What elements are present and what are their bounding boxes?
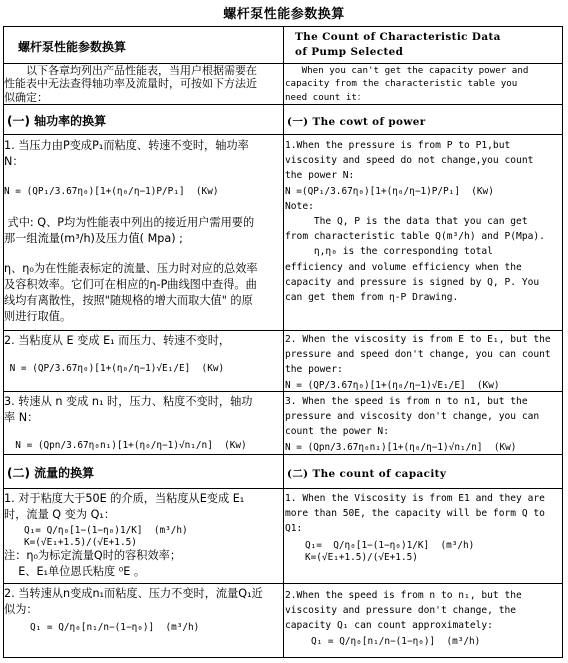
section1-item2-left: 2. 当粘度从 E 变成 E₁ 而压力、转速不变时， N = (QP/3.67η… — [4, 331, 284, 391]
section1-item3-row: 3. 转速从 n 变成 n₁ 时，压力、粘度不变时，轴功 率 N： N = (Q… — [4, 392, 562, 455]
section2-right-title: (二) The count of capacity — [287, 465, 446, 480]
header-right-title: The Count of Characteristic Data of Pump… — [295, 30, 501, 60]
section1-item3-right: 3. When the speed is from n to n1, but t… — [284, 392, 562, 454]
section1-item1-right: 1.When the pressure is from P to P1,but … — [284, 135, 562, 330]
section2-title-row: (二) 流量的换算 (二) The count of capacity — [4, 455, 562, 489]
header-left-title: 螺杆泵性能参数换算 — [18, 38, 126, 55]
section2-item1-row: 1. 对于粘度大于50E 的介质，当粘度从E变成 E₁ 时，流量 Q 变为 Q₁… — [4, 489, 562, 584]
conversion-table: 螺杆泵性能参数换算 The Count of Characteristic Da… — [3, 26, 563, 658]
table-header-row: 螺杆泵性能参数换算 The Count of Characteristic Da… — [4, 27, 562, 64]
formula: Q₁ = Q/η₀[n₁/n−(1−η₀)] (m³/h) — [4, 620, 283, 636]
section1-item1-row: 1. 当压力由P变成P₁而粘度、转速不变时，轴功率 N： N = (QP₁/3.… — [4, 135, 562, 331]
section1-item2-row: 2. 当粘度从 E 变成 E₁ 而压力、转速不变时， N = (QP/3.67η… — [4, 331, 562, 392]
section1-left-title: (一) 轴功率的换算 — [7, 112, 106, 129]
formula: N =(QP₁/3.67η₀)[1+(η₀/η−1)P/P₁] (Kw) — [285, 184, 562, 199]
formula: K=(√E₁+1.5)/(√E+1.5) — [285, 552, 562, 563]
formula: K=(√E₁+1.5)/(√E+1.5) — [4, 537, 283, 548]
formula: N = (QP₁/3.67η₀)[1+(η₀/η−1)P/P₁] (Kw) — [4, 184, 283, 200]
section1-item2-right: 2. When the viscosity is from E to E₁, b… — [284, 331, 562, 391]
intro-right-cell: When you can't get the capacity power an… — [284, 64, 562, 104]
header-right-cell: The Count of Characteristic Data of Pump… — [284, 27, 562, 63]
section2-left-title-cell: (二) 流量的换算 — [4, 455, 284, 488]
intro-left-cell: 以下各章均列出产品性能表，当用户根据需要在 性能表中无法查得轴功率及流量时，可按… — [4, 64, 284, 104]
section2-left-title: (二) 流量的换算 — [7, 464, 94, 481]
section2-right-title-cell: (二) The count of capacity — [284, 455, 562, 488]
section2-item2-right: 2.When the speed is from n to n₁, but th… — [284, 584, 562, 657]
formula: N = (Qpn/3.67η₀n₁)[1+(η₀/η−1)√n₁/n] (Kw) — [4, 438, 283, 454]
section2-item2-row: 2. 当转速从n变成n₁而粘度、压力不变时，流量Q₁近 似为： Q₁ = Q/η… — [4, 584, 562, 657]
page-title: 螺杆泵性能参数换算 — [0, 3, 568, 22]
formula: Q₁= Q/η₀[1−(1−η₀)1/K] (m³/h) — [285, 540, 562, 552]
section2-item2-left: 2. 当转速从n变成n₁而粘度、压力不变时，流量Q₁近 似为： Q₁ = Q/η… — [4, 584, 284, 657]
section1-left-title-cell: (一) 轴功率的换算 — [4, 105, 284, 134]
formula: Q₁= Q/η₀[1−(1−η₀)1/K] (m³/h) — [4, 525, 283, 537]
section1-item3-left: 3. 转速从 n 变成 n₁ 时，压力、粘度不变时，轴功 率 N： N = (Q… — [4, 392, 284, 454]
formula: Q₁ = Q/η₀[n₁/n−(1−η₀)] (m³/h) — [285, 634, 562, 649]
section1-right-title-cell: (一) The cowt of power — [284, 105, 562, 134]
formula: N = (QP/3.67η₀)[1+(η₀/η−1)√E₁/E] (Kw) — [285, 378, 562, 391]
section2-item1-left: 1. 对于粘度大于50E 的介质，当粘度从E变成 E₁ 时，流量 Q 变为 Q₁… — [4, 489, 284, 583]
header-left-cell: 螺杆泵性能参数换算 — [4, 27, 284, 63]
formula: N = (Qpn/3.67η₀n₁)[1+(η₀/η−1)√n₁/n] (Kw) — [285, 440, 562, 454]
section1-title-row: (一) 轴功率的换算 (一) The cowt of power — [4, 105, 562, 135]
section1-right-title: (一) The cowt of power — [287, 113, 426, 128]
section2-item1-right: 1. When the Viscosity is from E1 and the… — [284, 489, 562, 583]
formula: N = (QP/3.67η₀)[1+(η₀/η−1)√E₁/E] (Kw) — [4, 361, 283, 377]
section1-item1-left: 1. 当压力由P变成P₁而粘度、转速不变时，轴功率 N： N = (QP₁/3.… — [4, 135, 284, 330]
intro-row: 以下各章均列出产品性能表，当用户根据需要在 性能表中无法查得轴功率及流量时，可按… — [4, 64, 562, 105]
